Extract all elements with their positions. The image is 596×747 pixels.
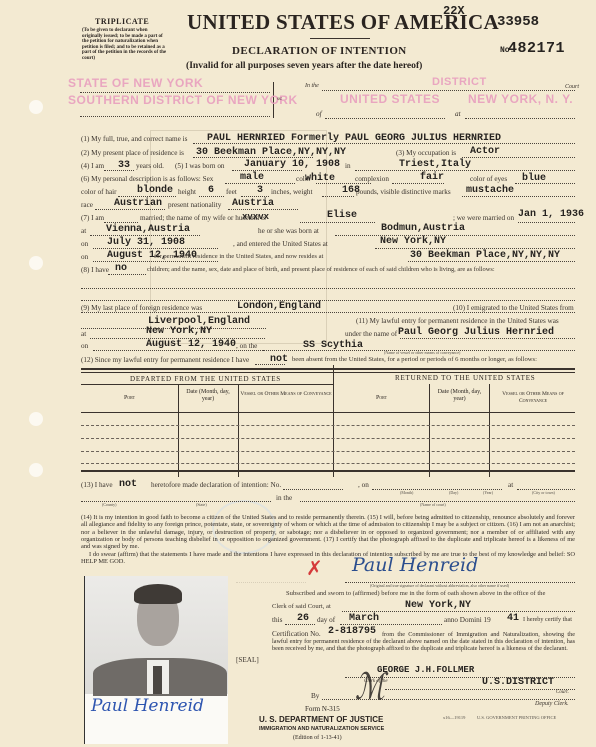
year-caption: (Year) bbox=[483, 490, 493, 495]
department-name: U. S. DEPARTMENT OF JUSTICE bbox=[259, 715, 383, 724]
table-row bbox=[81, 451, 575, 452]
court-caption: (Name of court) bbox=[420, 502, 446, 507]
married-on-label: ; we were married on bbox=[453, 214, 514, 222]
residence-value: 30 Beekman Place,NY,NY,NY bbox=[196, 147, 346, 158]
sworn-year-value: 41 bbox=[507, 613, 519, 624]
under-name-value: Paul Georg Julius Hernried bbox=[398, 327, 554, 338]
birth-in-label: in bbox=[345, 162, 351, 170]
col-header-port-returned: Port bbox=[334, 395, 429, 401]
spouse-value: Elise bbox=[327, 210, 357, 221]
spouse-born-label: he or she was born at bbox=[258, 227, 319, 235]
clerk-name: GEORGE J.H.FOLLMER bbox=[377, 665, 474, 675]
sworn-day-value: 26 bbox=[297, 613, 309, 624]
punch-hole bbox=[29, 463, 43, 477]
punch-hole bbox=[29, 256, 43, 270]
triplicate-title: TRIPLICATE bbox=[95, 17, 149, 26]
edition-label: (Edition of 1-13-41) bbox=[293, 735, 342, 741]
col-header-vessel-returned: Vessel or Other Means of Conveyance bbox=[491, 391, 575, 404]
race-value: Austrian bbox=[114, 198, 162, 209]
feet-label: feet bbox=[226, 188, 237, 196]
stamp-district: SOUTHERN DISTRICT OF NEW YORK bbox=[68, 93, 298, 107]
sworn-text: Subscribed and sworn to (affirmed) befor… bbox=[286, 590, 545, 597]
spouse-birthplace-value: Bodmun,Austria bbox=[381, 223, 465, 234]
col-header-date: Date (Month, day, year) bbox=[182, 389, 234, 402]
spouse-bdate-value: July 31, 1908 bbox=[107, 237, 185, 248]
prior-declaration-label: (13) I have bbox=[81, 481, 113, 489]
red-x-mark: ✗ bbox=[306, 556, 323, 580]
month-caption: (Month) bbox=[400, 490, 413, 495]
triplicate-note: (To be given to declarant when originall… bbox=[82, 28, 167, 61]
sworn-month-value: March bbox=[349, 613, 379, 624]
photo-signature: Paul Henreid bbox=[91, 696, 204, 716]
photo-hair bbox=[134, 584, 182, 604]
sex-value: male bbox=[240, 172, 264, 183]
prior-in-the-label: in the bbox=[276, 494, 292, 502]
print-code: x16—19119 bbox=[443, 715, 465, 720]
race-label: race bbox=[81, 201, 93, 209]
marks-label: pounds, visible distinctive marks bbox=[356, 188, 451, 196]
birth-date-value: January 10, 1908 bbox=[244, 159, 340, 170]
table-row bbox=[81, 425, 575, 426]
punch-hole bbox=[29, 100, 43, 114]
color-value: white bbox=[305, 173, 335, 184]
in-the-label: In the bbox=[305, 83, 319, 89]
declaration-number: 482171 bbox=[508, 40, 565, 57]
entered-on-label: on bbox=[81, 253, 88, 261]
table-row bbox=[81, 438, 575, 439]
ss-label: ss: bbox=[277, 97, 282, 102]
state-caption: (State) bbox=[196, 502, 207, 507]
birth-place-value: Triest,Italy bbox=[399, 159, 471, 170]
returned-title: RETURNED TO THE UNITED STATES bbox=[395, 374, 535, 382]
city-caption: (City or town) bbox=[532, 490, 555, 495]
hair-label: color of hair bbox=[81, 188, 117, 196]
on-the-label: , on the bbox=[236, 342, 257, 350]
day-caption: (Day) bbox=[449, 490, 458, 495]
age-label: (4) I am bbox=[81, 162, 104, 170]
prior-on-label: , on bbox=[358, 481, 369, 489]
service-name: IMMIGRATION AND NATURALIZATION SERVICE bbox=[259, 726, 384, 732]
age-suffix: years old. bbox=[136, 162, 164, 170]
vessel-note: (Name of vessel or other means of convey… bbox=[384, 350, 460, 355]
description-label: (6) My personal description is as follow… bbox=[81, 175, 213, 183]
height-inches-value: 3 bbox=[257, 185, 263, 196]
absence-label: (12) Since my lawful entry for permanent… bbox=[81, 356, 249, 364]
at-label: at bbox=[455, 110, 461, 118]
validity-note: (Invalid for all purposes seven years af… bbox=[186, 60, 422, 71]
stamp-state: STATE OF NEW YORK bbox=[68, 76, 203, 90]
vessel-value: SS Scythia bbox=[303, 340, 363, 351]
by-label: By bbox=[311, 692, 319, 700]
court-label: Court bbox=[565, 84, 579, 90]
title-rule bbox=[310, 38, 370, 39]
day-of-label: day of bbox=[317, 616, 335, 624]
eyes-label: color of eyes bbox=[470, 175, 507, 183]
entry-at-value: New York,NY bbox=[146, 326, 212, 337]
absence-value: not bbox=[270, 354, 288, 365]
nationality-label: present nationality bbox=[168, 201, 221, 209]
photo-tie bbox=[153, 666, 162, 694]
inches-label: inches, weight bbox=[271, 188, 313, 196]
entered-at-value: New York,NY bbox=[380, 236, 446, 247]
marks-value: mustache bbox=[466, 185, 514, 196]
printer-label: U.S. GOVERNMENT PRINTING OFFICE bbox=[477, 715, 556, 720]
lawful-entry-label: (11) My lawful entry for permanent resid… bbox=[356, 317, 559, 325]
oath-paragraph: (14) It is my intention in good faith to… bbox=[81, 514, 575, 550]
col-header-vessel: Vessel or Other Means of Conveyance bbox=[240, 391, 332, 398]
court-name: U.S.DISTRICT bbox=[482, 677, 554, 688]
marital-label: (7) I am bbox=[81, 214, 104, 222]
entered-label: , and entered the United States at bbox=[233, 240, 328, 248]
age-value: 33 bbox=[118, 160, 130, 171]
children-text: children; and the name, sex, date and pl… bbox=[147, 266, 495, 273]
stamp-court-type: DISTRICT bbox=[432, 76, 487, 88]
hair-value: blonde bbox=[137, 185, 173, 196]
oath-swear: I do swear (affirm) that the statements … bbox=[81, 551, 575, 566]
clerk-at-label: Clerk of said Court, at bbox=[272, 603, 331, 610]
resides-at-value: 30 Beekman Place,NY,NY,NY bbox=[410, 250, 560, 261]
spouse-struck-value: xvxvx bbox=[242, 212, 269, 222]
full-name-label: (1) My full, true, and correct name is bbox=[81, 135, 187, 143]
cert-text: from the Commissioner of Immigration and… bbox=[272, 631, 575, 652]
document-subtitle: DECLARATION OF INTENTION bbox=[232, 45, 407, 57]
birth-date-label: (5) I was born on bbox=[175, 162, 225, 170]
signature-note: (Original and true signature of declaran… bbox=[370, 583, 509, 588]
anno-label: anno Domini 19 bbox=[444, 616, 491, 624]
children-value: no bbox=[115, 263, 127, 274]
deputy-signature: ℳ bbox=[355, 665, 383, 708]
foreign-residence-value: London,England bbox=[237, 301, 321, 312]
embossed-seal bbox=[236, 582, 306, 603]
full-name-value: PAUL HERNRIED Formerly PAUL GEORG JULIUS… bbox=[207, 133, 501, 144]
marriage-date-value: Jan 1, 1936 bbox=[518, 209, 584, 220]
entry-at-label: at bbox=[81, 330, 86, 338]
prior-declaration-value: not bbox=[119, 479, 137, 490]
seal-label: [SEAL] bbox=[236, 656, 259, 664]
departed-title: DEPARTED FROM THE UNITED STATES bbox=[130, 375, 281, 383]
form-number: Form N-315 bbox=[305, 705, 340, 713]
height-label: height bbox=[178, 188, 196, 196]
stamp-court: UNITED STATES bbox=[340, 92, 440, 106]
table-row bbox=[81, 463, 575, 464]
foreign-residence-label: (9) My last place of foreign residence w… bbox=[81, 304, 202, 312]
top-number: 33958 bbox=[497, 14, 539, 30]
occupation-label: (3) My occupation is bbox=[396, 149, 456, 157]
absence-text: been absent from the United States, for … bbox=[292, 356, 537, 363]
spouse-bdate-label: on bbox=[81, 240, 88, 248]
entry-on-label: on bbox=[81, 342, 88, 350]
married-at-label: at bbox=[81, 227, 86, 235]
county-caption: (County) bbox=[102, 502, 116, 507]
resides-label: for permanent residence in the United St… bbox=[154, 253, 323, 260]
entry-on-value: August 12, 1940 bbox=[146, 339, 236, 350]
prior-declaration-text: heretofore made declaration of intention… bbox=[151, 481, 281, 489]
complexion-label: complexion bbox=[355, 175, 389, 183]
married-at-value: Vienna,Austria bbox=[106, 224, 190, 235]
emigrated-label: (10) I emigrated to the United States fr… bbox=[453, 304, 574, 312]
punch-hole bbox=[29, 412, 43, 426]
handwritten-mark: 22X bbox=[443, 4, 465, 18]
nationality-value: Austria bbox=[232, 198, 274, 209]
this-label: this bbox=[272, 616, 282, 624]
under-name-label: under the name of bbox=[345, 330, 397, 338]
declarant-signature: Paul Henreid bbox=[352, 554, 478, 576]
sworn-place-value: New York,NY bbox=[405, 600, 471, 611]
col-header-date-returned: Date (Month, day, year) bbox=[432, 389, 487, 402]
court-suffix-label: Court. bbox=[556, 690, 569, 695]
stamp-city: NEW YORK, N. Y. bbox=[468, 92, 573, 106]
prior-at-label: at bbox=[508, 481, 513, 489]
children-label: (8) I have bbox=[81, 266, 109, 274]
occupation-value: Actor bbox=[470, 146, 500, 157]
certify-label: I hereby certify that bbox=[523, 616, 572, 623]
col-header-port: Port bbox=[81, 395, 178, 401]
of-label: of bbox=[316, 110, 322, 118]
residence-label: (2) My present place of residence is bbox=[81, 149, 184, 157]
deputy-clerk-label: Deputy Clerk. bbox=[535, 701, 569, 707]
complexion-value: fair bbox=[420, 172, 444, 183]
declarant-photo: Paul Henreid bbox=[84, 576, 228, 744]
eyes-value: blue bbox=[522, 173, 546, 184]
height-feet-value: 6 bbox=[208, 185, 214, 196]
